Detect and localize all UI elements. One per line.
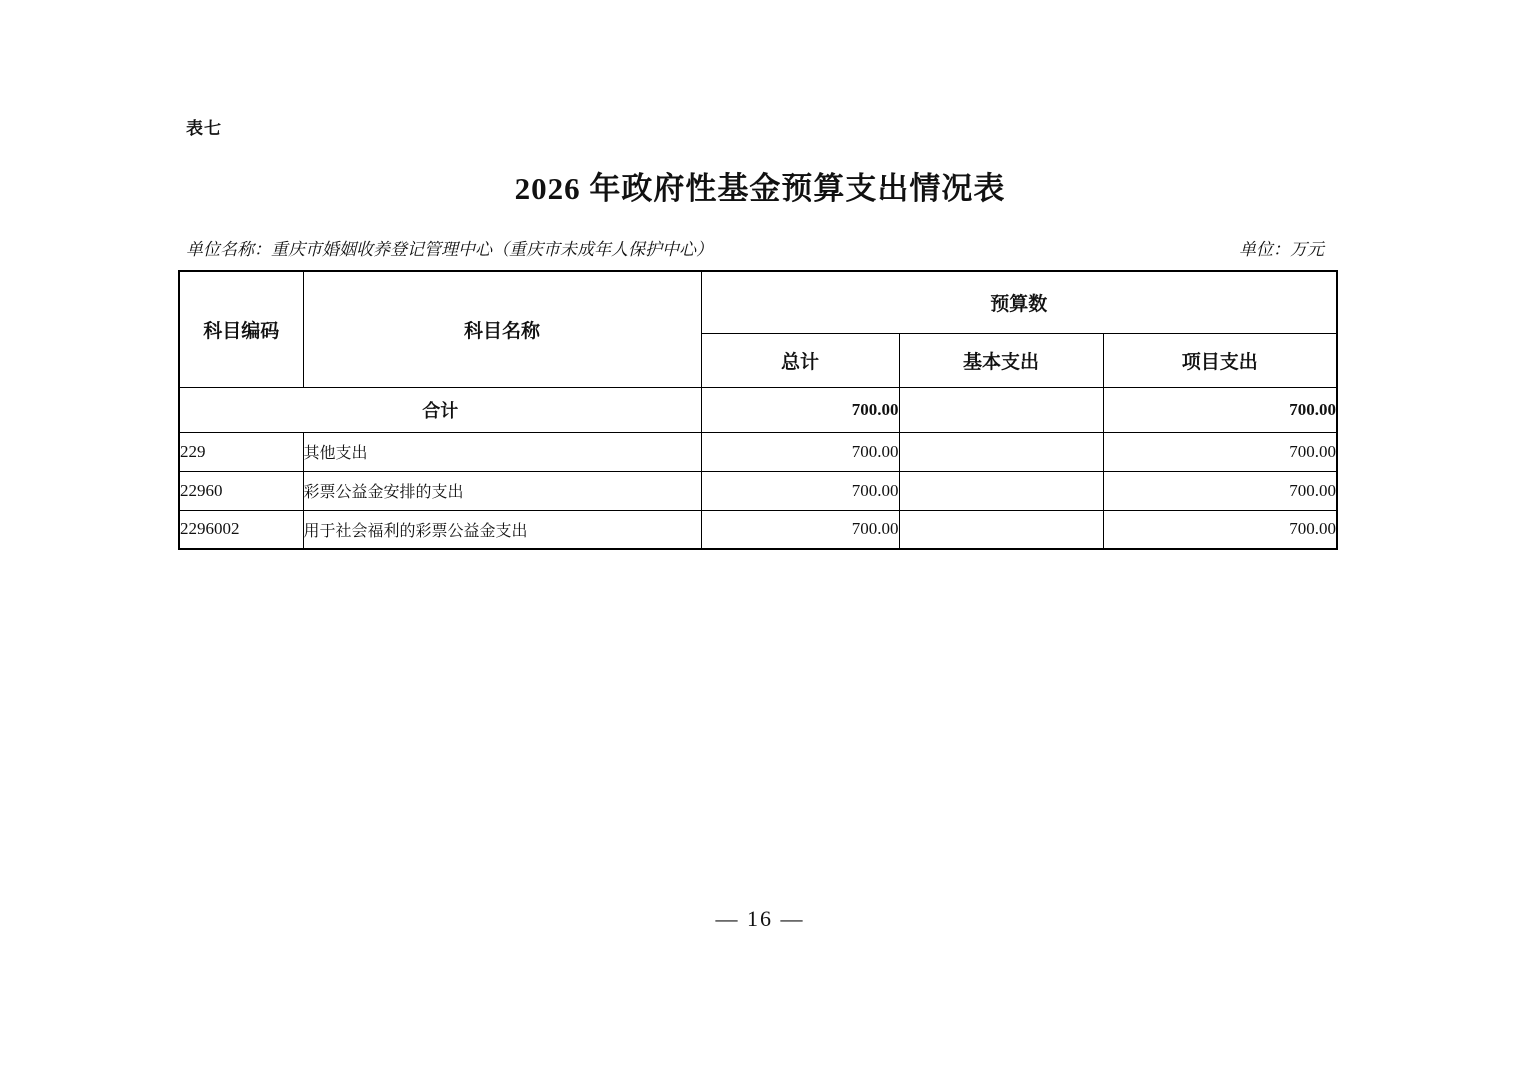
col-header-subject-name: 科目名称	[303, 271, 701, 387]
subject-name: 用于社会福利的彩票公益金支出	[303, 510, 701, 549]
table-row: 22960 彩票公益金安排的支出 700.00 700.00	[179, 471, 1337, 510]
page-title: 2026 年政府性基金预算支出情况表	[0, 163, 1520, 208]
subject-name: 其他支出	[303, 432, 701, 471]
total-value: 700.00	[701, 471, 899, 510]
basic-value	[899, 471, 1103, 510]
summary-basic-value	[899, 387, 1103, 432]
subject-name: 彩票公益金安排的支出	[303, 471, 701, 510]
project-value: 700.00	[1103, 510, 1337, 549]
project-value: 700.00	[1103, 432, 1337, 471]
col-header-project-expenditure: 项目支出	[1103, 333, 1337, 387]
basic-value	[899, 510, 1103, 549]
basic-value	[899, 432, 1103, 471]
col-header-total: 总计	[701, 333, 899, 387]
header-row-top: 科目编码 科目名称 预算数	[179, 271, 1337, 333]
col-header-subject-code: 科目编码	[179, 271, 303, 387]
info-row: 单位名称：重庆市婚姻收养登记管理中心（重庆市未成年人保护中心） 单位：万元	[178, 235, 1336, 260]
total-value: 700.00	[701, 510, 899, 549]
table-number-label: 表七	[186, 114, 222, 139]
total-value: 700.00	[701, 432, 899, 471]
table-row: 2296002 用于社会福利的彩票公益金支出 700.00 700.00	[179, 510, 1337, 549]
subject-code: 229	[179, 432, 303, 471]
page-number: — 16 —	[0, 906, 1520, 932]
summary-label: 合计	[179, 387, 701, 432]
subject-code: 22960	[179, 471, 303, 510]
col-header-basic-expenditure: 基本支出	[899, 333, 1103, 387]
col-header-budget-group: 预算数	[701, 271, 1337, 333]
budget-table: 科目编码 科目名称 预算数 总计 基本支出 项目支出 合计 700.00 700…	[178, 270, 1338, 550]
summary-project-value: 700.00	[1103, 387, 1337, 432]
subject-code: 2296002	[179, 510, 303, 549]
summary-total-value: 700.00	[701, 387, 899, 432]
document-page: 表七 2026 年政府性基金预算支出情况表 单位名称：重庆市婚姻收养登记管理中心…	[0, 0, 1520, 1074]
project-value: 700.00	[1103, 471, 1337, 510]
unit-name-label: 单位名称：重庆市婚姻收养登记管理中心（重庆市未成年人保护中心）	[178, 235, 713, 260]
table-row: 229 其他支出 700.00 700.00	[179, 432, 1337, 471]
unit-of-measure-label: 单位：万元	[1239, 235, 1336, 260]
table-row-summary: 合计 700.00 700.00	[179, 387, 1337, 432]
